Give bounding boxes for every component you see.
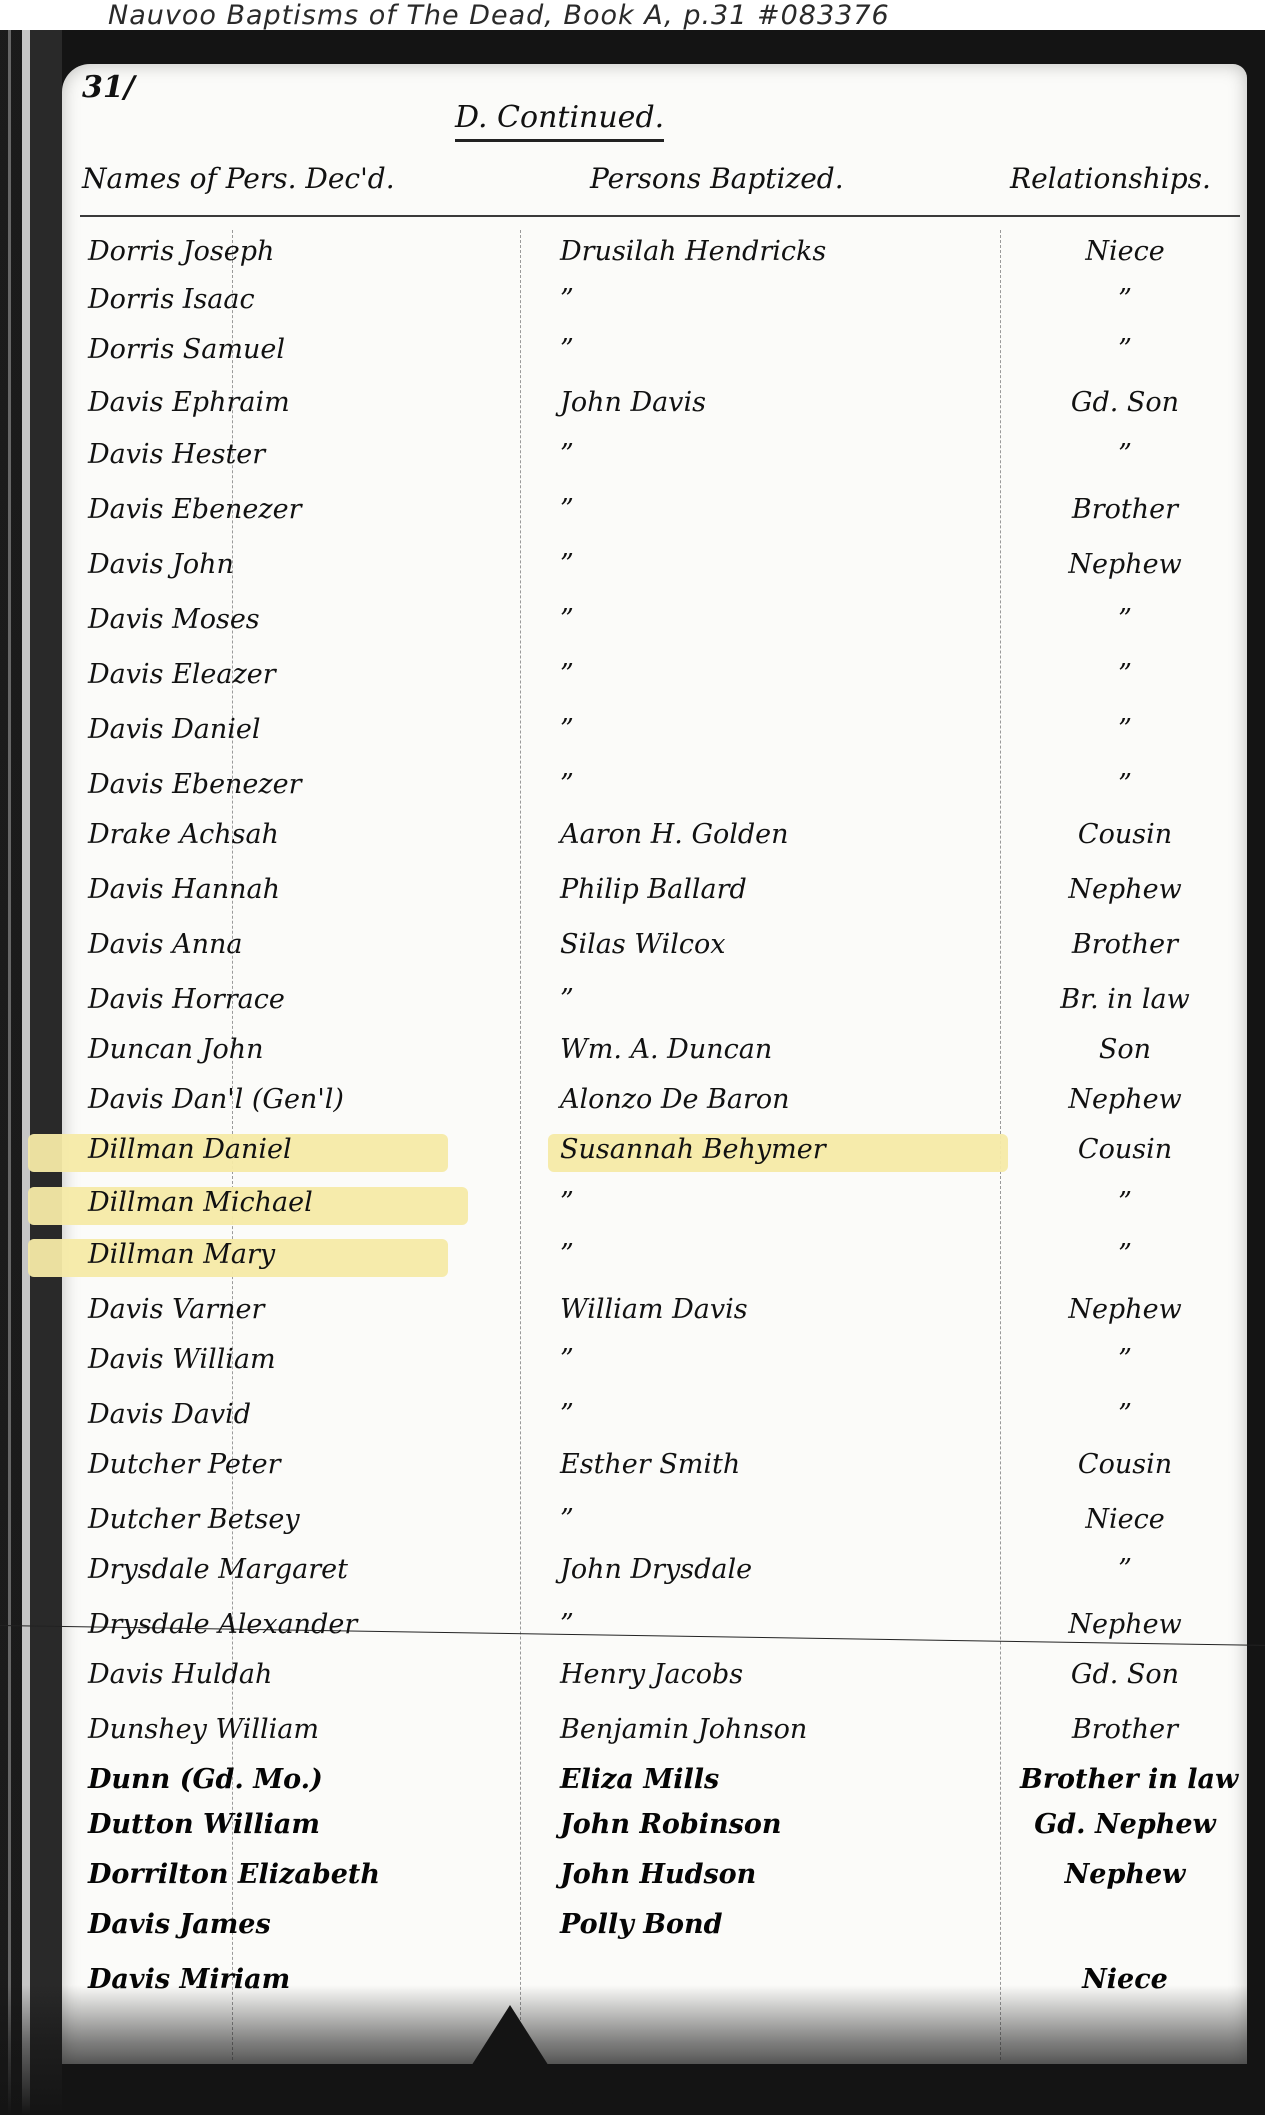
relationship-cell: Niece	[1020, 232, 1230, 272]
name-cell: Davis David	[88, 1395, 251, 1435]
name-cell: Dorris Joseph	[88, 232, 274, 272]
name-cell: Davis William	[88, 1340, 276, 1380]
proxy-cell: ”	[560, 330, 574, 370]
ledger-row: Dorrilton ElizabethJohn HudsonNephew	[0, 1855, 1265, 1905]
name-cell: Dunn (Gd. Mo.)	[88, 1760, 323, 1800]
ledger-row: Davis EphraimJohn DavisGd. Son	[0, 383, 1265, 433]
name-cell: Dillman Mary	[88, 1235, 275, 1275]
proxy-cell: ”	[560, 1500, 574, 1540]
relationship-cell: ”	[1020, 1183, 1230, 1223]
relationship-cell: ”	[1020, 655, 1230, 695]
relationship-cell: Gd. Son	[1020, 1655, 1230, 1695]
ledger-row: Dorris Isaac””	[0, 280, 1265, 330]
ledger-row: Dutcher Betsey”Niece	[0, 1500, 1265, 1550]
proxy-cell: Benjamin Johnson	[560, 1710, 807, 1750]
ledger-row: Davis HuldahHenry JacobsGd. Son	[0, 1655, 1265, 1705]
proxy-cell: ”	[560, 1605, 574, 1645]
page-tear	[440, 2005, 580, 2115]
relationship-cell: Nephew	[1020, 1080, 1230, 1120]
name-cell: Davis Eleazer	[88, 655, 276, 695]
relationship-cell: ”	[1020, 1550, 1230, 1590]
proxy-cell: ”	[560, 600, 574, 640]
ledger-row: Dillman Michael””	[0, 1183, 1265, 1233]
proxy-cell: ”	[560, 1395, 574, 1435]
relationship-cell: ”	[1020, 710, 1230, 750]
relationship-cell: ”	[1020, 1235, 1230, 1275]
proxy-cell: ”	[560, 1183, 574, 1223]
ledger-row: Dorris JosephDrusilah HendricksNiece	[0, 232, 1265, 282]
relationship-cell: Br. in law	[1020, 980, 1230, 1020]
name-cell: Davis James	[88, 1905, 271, 1945]
ledger-row: Dorris Samuel””	[0, 330, 1265, 380]
proxy-cell: John Davis	[560, 383, 706, 423]
relationship-cell: ”	[1020, 600, 1230, 640]
relationship-cell: Cousin	[1020, 1445, 1230, 1485]
name-cell: Dutcher Peter	[88, 1445, 281, 1485]
relationship-cell: Nephew	[1020, 1605, 1230, 1645]
ledger-row: Duncan JohnWm. A. DuncanSon	[0, 1030, 1265, 1080]
ledger-row: Davis AnnaSilas WilcoxBrother	[0, 925, 1265, 975]
ledger-row: Dutcher PeterEsther SmithCousin	[0, 1445, 1265, 1495]
ledger-row: Drake AchsahAaron H. GoldenCousin	[0, 815, 1265, 865]
proxy-cell: Drusilah Hendricks	[560, 232, 826, 272]
name-cell: Davis Hester	[88, 435, 265, 475]
name-cell: Davis John	[88, 545, 234, 585]
ledger-rows: Dorris JosephDrusilah HendricksNieceDorr…	[0, 0, 1265, 2115]
ledger-row: Dillman DanielSusannah BehymerCousin	[0, 1130, 1265, 1180]
proxy-cell: ”	[560, 710, 574, 750]
name-cell: Dillman Daniel	[88, 1130, 292, 1170]
ledger-row: Davis Moses””	[0, 600, 1265, 650]
relationship-cell: ”	[1020, 330, 1230, 370]
proxy-cell: ”	[560, 435, 574, 475]
name-cell: Dorris Samuel	[88, 330, 285, 370]
relationship-cell: Gd. Son	[1020, 383, 1230, 423]
proxy-cell: ”	[560, 655, 574, 695]
relationship-cell: ”	[1020, 435, 1230, 475]
name-cell: Drake Achsah	[88, 815, 279, 855]
ledger-row: Davis Dan'l (Gen'l)Alonzo De BaronNephew	[0, 1080, 1265, 1130]
relationship-cell: ”	[1020, 1340, 1230, 1380]
proxy-cell: Esther Smith	[560, 1445, 740, 1485]
name-cell: Davis Anna	[88, 925, 242, 965]
ledger-row: Davis Ebenezer””	[0, 765, 1265, 815]
name-cell: Davis Ephraim	[88, 383, 290, 423]
proxy-cell: ”	[560, 765, 574, 805]
ledger-row: Davis John”Nephew	[0, 545, 1265, 595]
relationship-cell: Brother	[1020, 1710, 1230, 1750]
proxy-cell: Aaron H. Golden	[560, 815, 789, 855]
proxy-cell: Silas Wilcox	[560, 925, 725, 965]
proxy-cell: John Robinson	[560, 1805, 782, 1845]
relationship-cell: ”	[1020, 1395, 1230, 1435]
proxy-cell: Alonzo De Baron	[560, 1080, 790, 1120]
scan-bottom-shadow	[0, 1985, 1265, 2115]
name-cell: Drysdale Alexander	[88, 1605, 357, 1645]
ledger-row: Davis Ebenezer”Brother	[0, 490, 1265, 540]
ledger-row: Davis Daniel””	[0, 710, 1265, 760]
ledger-row: Dunshey WilliamBenjamin JohnsonBrother	[0, 1710, 1265, 1760]
ledger-row: Davis Hester””	[0, 435, 1265, 485]
relationship-cell: Cousin	[1020, 815, 1230, 855]
relationship-cell: ”	[1020, 280, 1230, 320]
ledger-row: Drysdale MargaretJohn Drysdale”	[0, 1550, 1265, 1600]
ledger-row: Davis VarnerWilliam DavisNephew	[0, 1290, 1265, 1340]
relationship-cell: ”	[1020, 765, 1230, 805]
proxy-cell: Eliza Mills	[560, 1760, 719, 1800]
relationship-cell: Brother	[1020, 490, 1230, 530]
proxy-cell: Wm. A. Duncan	[560, 1030, 772, 1070]
ledger-row: Davis William””	[0, 1340, 1265, 1390]
ledger-row: Davis HannahPhilip BallardNephew	[0, 870, 1265, 920]
relationship-cell: Nephew	[1020, 1855, 1230, 1895]
relationship-cell: Niece	[1020, 1500, 1230, 1540]
name-cell: Dunshey William	[88, 1710, 319, 1750]
name-cell: Davis Hannah	[88, 870, 280, 910]
name-cell: Davis Ebenezer	[88, 490, 302, 530]
name-cell: Davis Daniel	[88, 710, 260, 750]
proxy-cell: ”	[560, 1340, 574, 1380]
ledger-row: Davis Horrace”Br. in law	[0, 980, 1265, 1030]
relationship-cell: Brother in law	[1020, 1760, 1230, 1800]
proxy-cell: ”	[560, 490, 574, 530]
ledger-row: Davis JamesPolly Bond	[0, 1905, 1265, 1955]
proxy-cell: Polly Bond	[560, 1905, 723, 1945]
relationship-cell: Nephew	[1020, 1290, 1230, 1330]
proxy-cell: Susannah Behymer	[560, 1130, 826, 1170]
name-cell: Dorrilton Elizabeth	[88, 1855, 380, 1895]
name-cell: Drysdale Margaret	[88, 1550, 348, 1590]
name-cell: Davis Varner	[88, 1290, 264, 1330]
relationship-cell: Nephew	[1020, 870, 1230, 910]
ledger-row: Dunn (Gd. Mo.)Eliza MillsBrother in law	[0, 1760, 1265, 1810]
name-cell: Davis Ebenezer	[88, 765, 302, 805]
name-cell: Dutton William	[88, 1805, 320, 1845]
name-cell: Duncan John	[88, 1030, 263, 1070]
proxy-cell: ”	[560, 1235, 574, 1275]
relationship-cell: Nephew	[1020, 545, 1230, 585]
relationship-cell: Cousin	[1020, 1130, 1230, 1170]
relationship-cell: Gd. Nephew	[1020, 1805, 1230, 1845]
proxy-cell: William Davis	[560, 1290, 748, 1330]
proxy-cell: ”	[560, 280, 574, 320]
ledger-row: Dutton WilliamJohn RobinsonGd. Nephew	[0, 1805, 1265, 1855]
name-cell: Davis Huldah	[88, 1655, 272, 1695]
ledger-row: Drysdale Alexander”Nephew	[0, 1605, 1265, 1655]
relationship-cell: Brother	[1020, 925, 1230, 965]
name-cell: Dutcher Betsey	[88, 1500, 300, 1540]
name-cell: Davis Horrace	[88, 980, 285, 1020]
name-cell: Davis Moses	[88, 600, 260, 640]
relationship-cell: Son	[1020, 1030, 1230, 1070]
name-cell: Dorris Isaac	[88, 280, 255, 320]
proxy-cell: Philip Ballard	[560, 870, 747, 910]
name-cell: Dillman Michael	[88, 1183, 313, 1223]
ledger-row: Davis Eleazer””	[0, 655, 1265, 705]
proxy-cell: John Hudson	[560, 1855, 756, 1895]
proxy-cell: John Drysdale	[560, 1550, 752, 1590]
proxy-cell: ”	[560, 980, 574, 1020]
ledger-row: Davis David””	[0, 1395, 1265, 1445]
proxy-cell: ”	[560, 545, 574, 585]
proxy-cell: Henry Jacobs	[560, 1655, 743, 1695]
ledger-row: Dillman Mary””	[0, 1235, 1265, 1285]
name-cell: Davis Dan'l (Gen'l)	[88, 1080, 344, 1120]
